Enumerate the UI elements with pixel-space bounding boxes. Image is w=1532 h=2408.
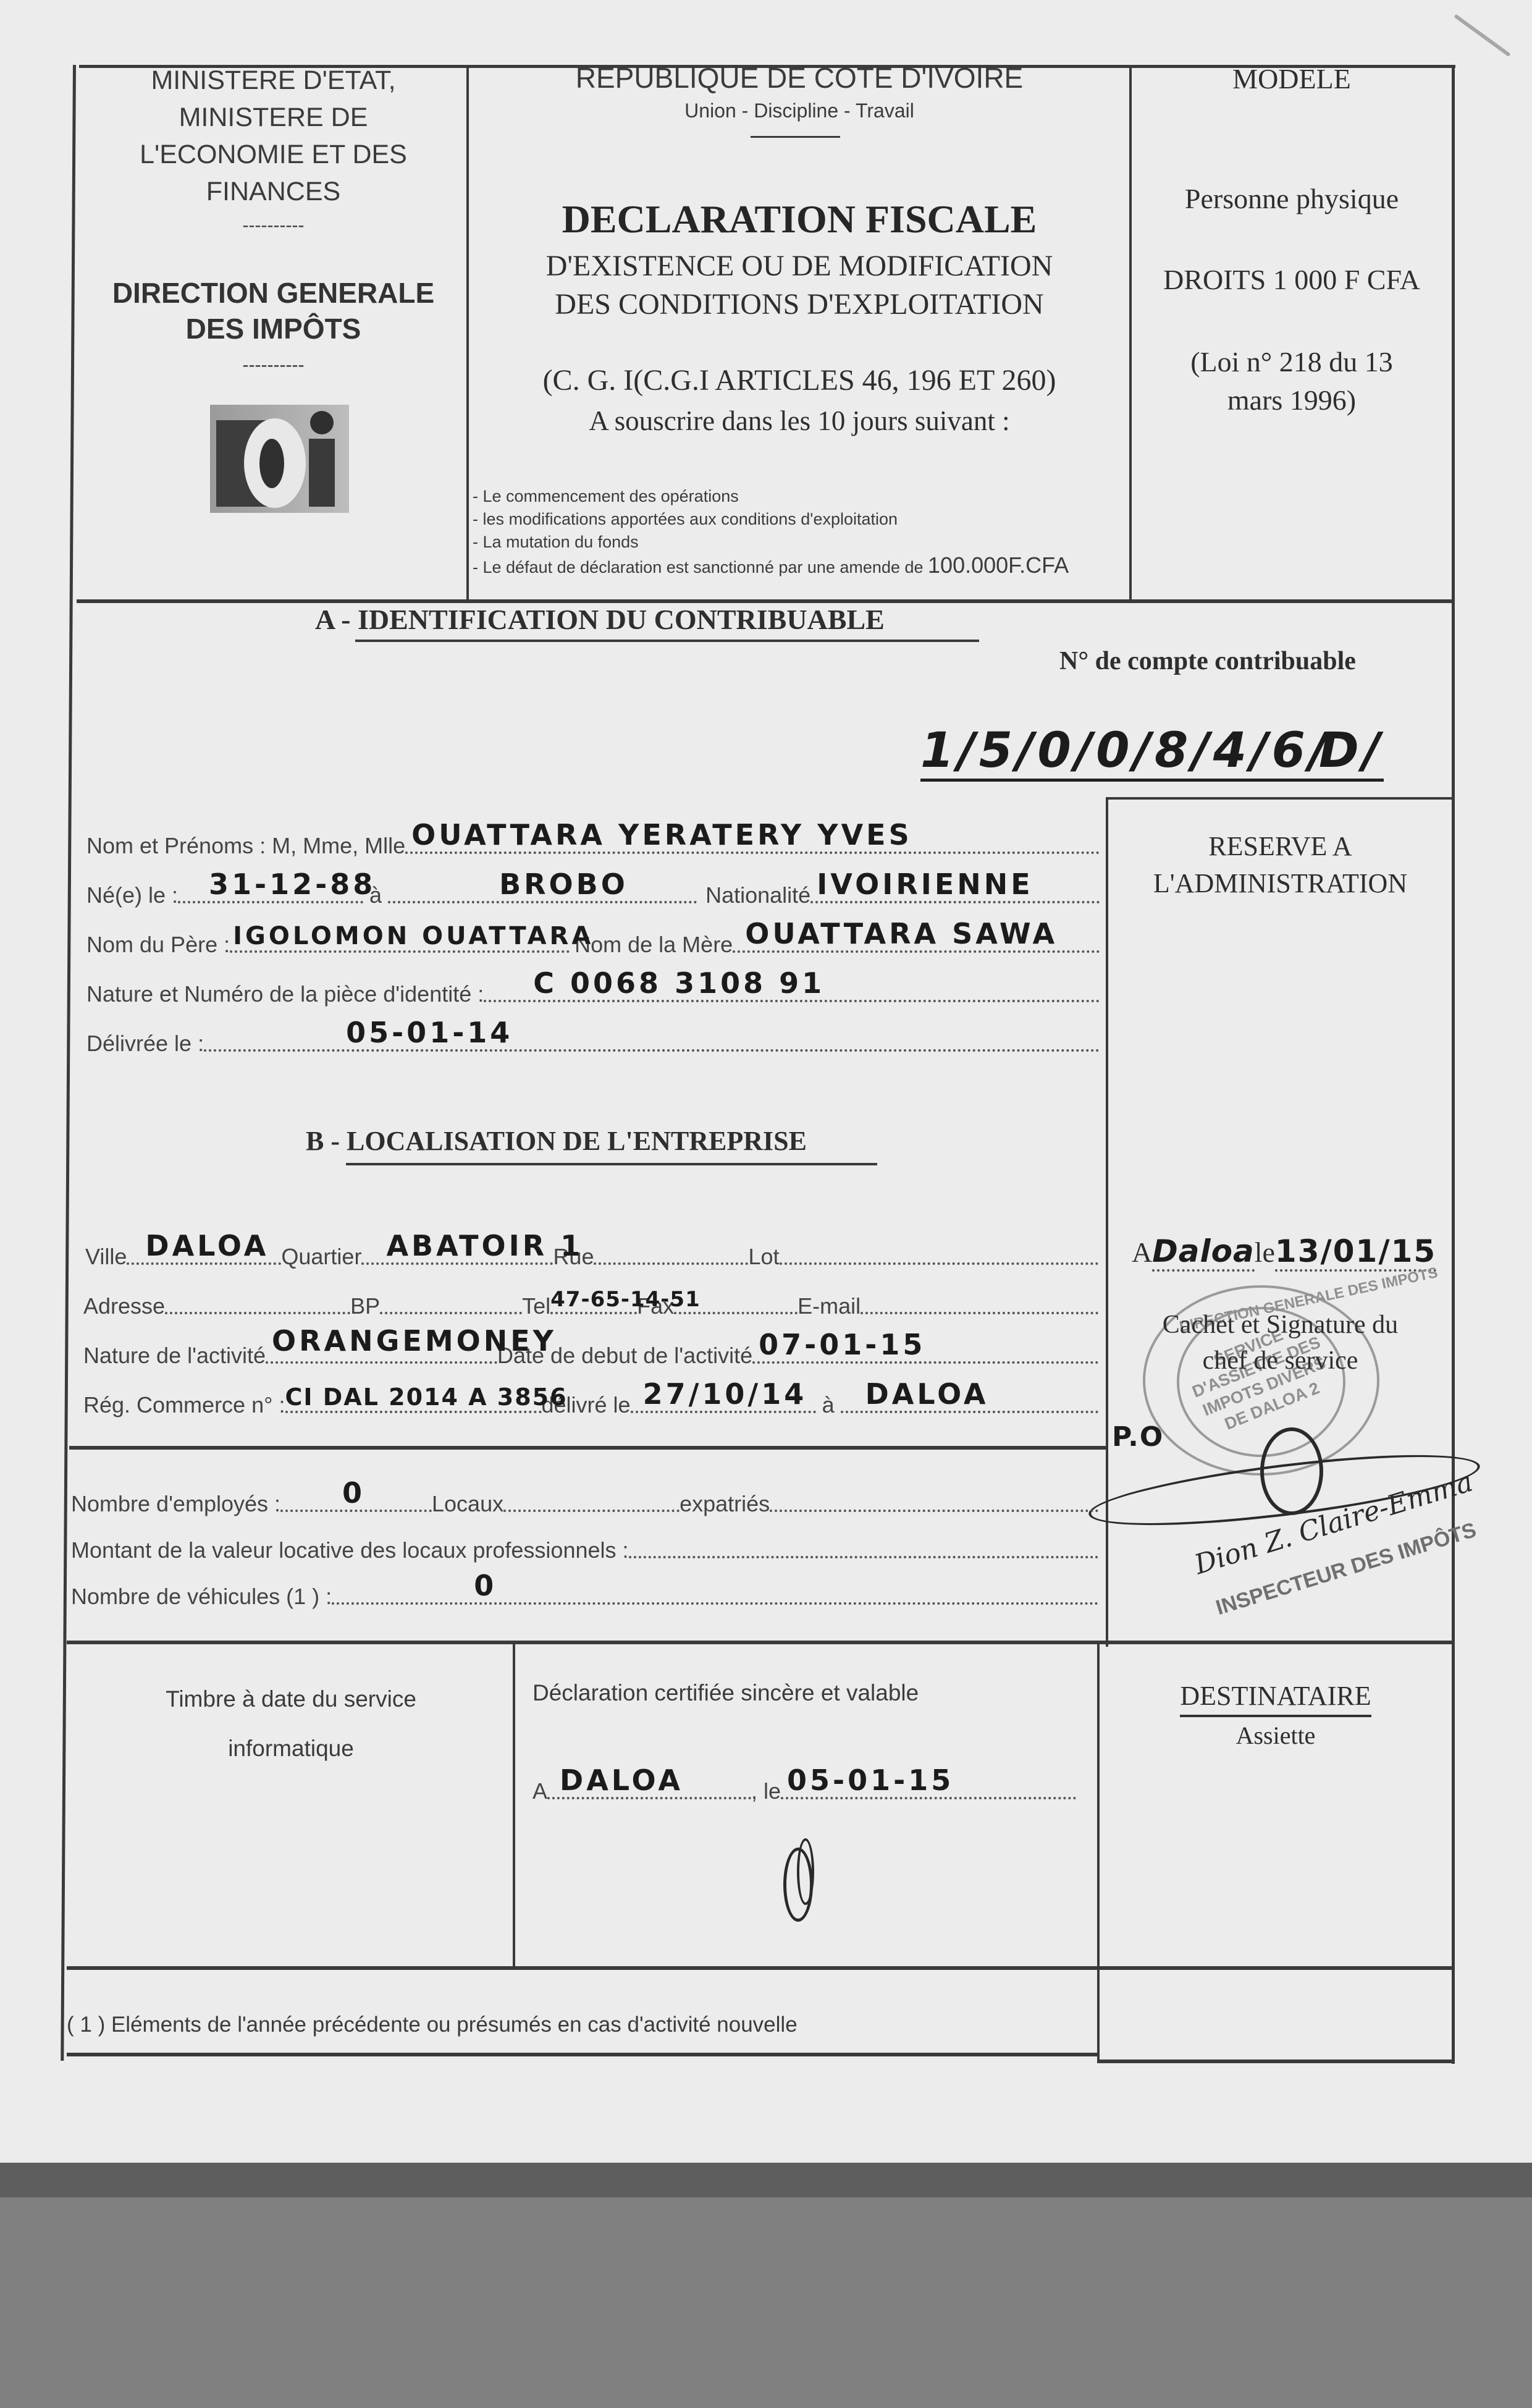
lot-input[interactable] <box>780 1262 1098 1265</box>
direction-block: DIRECTION GENERALE DES IMPÔTS ---------- <box>83 275 463 384</box>
email-label: E-mail <box>798 1293 861 1319</box>
bp-input[interactable] <box>380 1312 522 1314</box>
quartier-input[interactable]: ABATOIR 1 <box>361 1262 553 1265</box>
ministry-line-4: FINANCES <box>83 173 463 210</box>
piece-identite-input[interactable]: C 0068 3108 91 <box>484 1000 1100 1002</box>
date-debut-input[interactable]: 07-01-15 <box>752 1361 1098 1364</box>
header-divider-2 <box>1129 65 1132 602</box>
reserve-a-value[interactable]: Daloa <box>1152 1233 1254 1272</box>
scanned-page: MINISTERE D'ETAT, MINISTERE DE L'ECONOMI… <box>0 0 1532 2163</box>
ville-value: DALOA <box>145 1229 269 1262</box>
fax-input[interactable] <box>674 1312 798 1314</box>
compte-contribuable-value[interactable]: 1/5/0/0/8/4/6/ <box>920 723 1330 782</box>
timbre-line-2: informatique <box>71 1724 511 1773</box>
destinataire-label: DESTINATAIRE <box>1180 1678 1371 1717</box>
motto-rule <box>751 136 840 138</box>
employes-input[interactable]: 0 <box>280 1510 432 1512</box>
activite-label: Nature de l'activité <box>83 1343 266 1369</box>
reserve-line-1: RESERVE A <box>1109 828 1452 865</box>
nom-prenoms-value: OUATTARA YERATERY YVES <box>411 818 912 851</box>
delivree-label: Délivrée le : <box>86 1031 204 1057</box>
cachet-signature-label: Cachet et Signature du chef de service <box>1109 1307 1452 1379</box>
activite-input[interactable]: ORANGEMONEY <box>266 1361 497 1364</box>
date-debut-value: 07-01-15 <box>759 1328 925 1361</box>
section-b-title: B - LOCALISATION DE L'ENTREPRISE <box>306 1122 807 1161</box>
nom-pere-input[interactable]: IGOLOMON OUATTARA <box>230 950 570 953</box>
nom-mere-value: OUATTARA SAWA <box>745 917 1058 950</box>
section-a-underline <box>355 640 979 642</box>
quartier-label: Quartier <box>281 1244 361 1270</box>
condition-text: - Le défaut de déclaration est sanctionn… <box>473 558 924 577</box>
direction-line-2: DES IMPÔTS <box>83 311 463 347</box>
nationalite-label: Nationalité <box>705 882 810 908</box>
registre-commerce-input[interactable]: CI DAL 2014 A 3856 <box>285 1411 542 1413</box>
naissance-row: Né(e) le : 31-12-88 à BROBO Nationalité … <box>86 871 1100 908</box>
certification-place-date: A DALOA , le 05-01-15 <box>532 1767 1076 1804</box>
footnote-top-rule <box>67 1966 1454 1970</box>
employes-label: Nombre d'employés : <box>71 1491 280 1517</box>
document-subtitle: D'EXISTENCE OU DE MODIFICATION DES CONDI… <box>469 247 1129 324</box>
email-input[interactable] <box>861 1312 1098 1314</box>
activite-value: ORANGEMONEY <box>272 1324 557 1358</box>
timbre-label: Timbre à date du service informatique <box>71 1675 511 1773</box>
direction-line-1: DIRECTION GENERALE <box>83 275 463 311</box>
quartier-value: ABATOIR 1 <box>386 1229 583 1262</box>
nom-prenoms-field: Nom et Prénoms : M, Mme, Mlle OUATTARA Y… <box>86 822 1100 859</box>
ministry-separator: ---------- <box>83 210 463 241</box>
ville-row: Ville DALOA Quartier ABATOIR 1 Rue Lot <box>85 1233 1098 1270</box>
dgi-logo-i-dot <box>310 411 334 434</box>
ministry-block: MINISTERE D'ETAT, MINISTERE DE L'ECONOMI… <box>83 62 463 241</box>
ministry-line-2: MINISTERE DE <box>83 99 463 136</box>
employes-row: Nombre d'employés : 0 Locaux expatriés <box>71 1480 1098 1517</box>
lot-label: Lot <box>748 1244 779 1270</box>
rc-lieu-value: DALOA <box>865 1377 989 1411</box>
cachet-line-1: Cachet et Signature du <box>1109 1307 1452 1343</box>
nom-prenoms-input[interactable]: OUATTARA YERATERY YVES <box>405 851 1100 854</box>
piece-identite-value: C 0068 3108 91 <box>533 966 825 1000</box>
loi-line-1: (Loi n° 218 du 13 <box>1132 343 1452 381</box>
condition-item-amende: - Le défaut de déclaration est sanctionn… <box>473 554 1127 579</box>
dgi-logo-i <box>309 439 335 507</box>
nom-mere-label: Nom de la Mère <box>574 932 733 958</box>
tel-input[interactable]: 47-65-14-51 <box>550 1312 637 1314</box>
tel-value: 47-65-14-51 <box>550 1287 701 1312</box>
footnote-text: ( 1 ) Eléments de l'année précédente ou … <box>67 2011 798 2038</box>
cgi-articles: (C. G. I(C.G.I ARTICLES 46, 196 ET 260) <box>469 361 1129 400</box>
parents-row: Nom du Père : IGOLOMON OUATTARA Nom de l… <box>86 921 1100 958</box>
condition-item: - La mutation du fonds <box>473 531 1127 554</box>
personne-physique: Personne physique <box>1132 180 1452 218</box>
section-b-underline <box>346 1163 877 1165</box>
locaux-label: Locaux <box>432 1491 503 1517</box>
modele-label: MODELE <box>1132 61 1452 98</box>
subtitle-line-2: DES CONDITIONS D'EXPLOITATION <box>469 285 1129 324</box>
lieu-naissance-value: BROBO <box>499 868 628 901</box>
header-divider-1 <box>466 65 469 602</box>
locaux-input[interactable] <box>503 1510 680 1512</box>
reserve-le-value[interactable]: 13/01/15 <box>1275 1233 1436 1272</box>
scanner-edge-band <box>0 2163 1532 2197</box>
dgi-logo-g-counter <box>259 439 284 488</box>
delivree-field: Délivrée le : 05-01-14 <box>86 1020 1100 1057</box>
direction-separator: ---------- <box>83 347 463 384</box>
piece-identite-label: Nature et Numéro de la pièce d'identité … <box>86 981 484 1007</box>
loi-reference: (Loi n° 218 du 13 mars 1996) <box>1132 343 1452 420</box>
souscrire-note: A souscrire dans les 10 jours suivant : <box>469 402 1129 440</box>
expatries-input[interactable] <box>770 1510 1098 1512</box>
nationalite-input[interactable]: IVOIRIENNE <box>810 901 1100 903</box>
rue-input[interactable] <box>594 1262 748 1265</box>
republic-title: REPUBLIQUE DE COTE D'IVOIRE <box>469 60 1129 96</box>
rc-lieu-input[interactable]: DALOA <box>841 1411 1098 1413</box>
activite-row: Nature de l'activité ORANGEMONEY Date de… <box>83 1332 1098 1369</box>
date-naissance-input[interactable]: 31-12-88 <box>178 901 363 903</box>
ministry-line-3: L'ECONOMIE ET DES <box>83 136 463 173</box>
certif-le-label: , le <box>751 1778 781 1804</box>
nationalite-value: IVOIRIENNE <box>817 868 1033 901</box>
reserve-a-label: A <box>1132 1236 1152 1268</box>
piece-identite-field: Nature et Numéro de la pièce d'identité … <box>86 970 1100 1007</box>
valeur-locative-input[interactable] <box>629 1556 1098 1558</box>
certif-a-label: A <box>532 1778 547 1804</box>
certifiee-label: Déclaration certifiée sincère et valable <box>532 1678 919 1709</box>
bp-label: BP <box>350 1293 380 1319</box>
certif-a-value: DALOA <box>560 1764 683 1797</box>
certif-a-input[interactable]: DALOA <box>547 1797 751 1799</box>
compte-contribuable-key[interactable]: D/ <box>1319 723 1384 782</box>
rc-delivre-input[interactable]: 27/10/14 <box>631 1411 816 1413</box>
reserve-box-top <box>1107 797 1452 800</box>
lieu-naissance-input[interactable]: BROBO <box>388 901 697 903</box>
condition-item: - les modifications apportées aux condit… <box>473 508 1127 531</box>
date-naissance-label: Né(e) le : <box>86 882 178 908</box>
document-title: DECLARATION FISCALE <box>469 195 1129 244</box>
ministry-line-1: MINISTERE D'ETAT, <box>83 62 463 99</box>
valeur-locative-row: Montant de la valeur locative des locaux… <box>71 1526 1098 1563</box>
nom-prenoms-label: Nom et Prénoms : M, Mme, Mlle <box>86 833 405 859</box>
national-motto: Union - Discipline - Travail <box>469 97 1129 124</box>
conditions-list: - Le commencement des opérations - les m… <box>473 485 1127 579</box>
bottom-table-top-rule <box>67 1641 1454 1644</box>
section-a-title: A - IDENTIFICATION DU CONTRIBUABLE <box>315 599 885 640</box>
amende-amount: 100.000F.CFA <box>928 552 1069 578</box>
reserve-title: RESERVE A L'ADMINISTRATION <box>1109 828 1452 902</box>
certif-le-input[interactable]: 05-01-15 <box>781 1797 1076 1799</box>
frame-right <box>1452 65 1455 2064</box>
reserve-le-label: le <box>1255 1236 1275 1268</box>
vehicules-label: Nombre de véhicules (1 ) : <box>71 1584 332 1610</box>
tel-label: Tel <box>522 1293 550 1319</box>
reserve-line-2: L'ADMINISTRATION <box>1109 865 1452 902</box>
ville-input[interactable]: DALOA <box>127 1262 281 1265</box>
cachet-line-2: chef de service <box>1109 1343 1452 1379</box>
chief-signature-mark <box>1260 1427 1323 1515</box>
delivree-value: 05-01-14 <box>346 1016 513 1049</box>
certif-le-value: 05-01-15 <box>787 1764 954 1797</box>
condition-item: - Le commencement des opérations <box>473 485 1127 508</box>
rc-delivre-value: 27/10/14 <box>643 1377 807 1411</box>
nom-pere-value: IGOLOMON OUATTARA <box>233 922 594 950</box>
destinataire-value: Assiette <box>1100 1717 1452 1754</box>
loi-line-2: mars 1996) <box>1132 381 1452 420</box>
expatries-label: expatriés <box>680 1491 770 1517</box>
rc-lieu-label: à <box>822 1392 835 1418</box>
page-fold-mark <box>1454 14 1511 57</box>
reserve-place-date: ADaloale13/01/15 <box>1132 1233 1436 1271</box>
valeur-locative-label: Montant de la valeur locative des locaux… <box>71 1537 629 1563</box>
bottom-col-divider-1 <box>513 1642 515 1969</box>
timbre-line-1: Timbre à date du service <box>71 1675 511 1724</box>
delivree-input[interactable]: 05-01-14 <box>204 1049 1100 1052</box>
registre-commerce-label: Rég. Commerce n° : <box>83 1392 285 1418</box>
adresse-row: Adresse BP Tel 47-65-14-51 Fax E-mail <box>83 1282 1098 1319</box>
employees-top-rule <box>69 1446 1107 1450</box>
destinataire-bottom-rule <box>1097 2059 1454 2063</box>
destinataire-block: DESTINATAIRE Assiette <box>1100 1678 1452 1754</box>
employes-value: 0 <box>342 1476 365 1510</box>
registre-commerce-value: CI DAL 2014 A 3856 <box>285 1384 568 1411</box>
vehicules-input[interactable]: 0 <box>332 1602 1098 1605</box>
registre-commerce-row: Rég. Commerce n° : CI DAL 2014 A 3856 dé… <box>83 1381 1098 1418</box>
par-ordre-mark: P.O <box>1112 1421 1164 1453</box>
nom-pere-label: Nom du Père : <box>86 932 230 958</box>
vehicules-row: Nombre de véhicules (1 ) : 0 <box>71 1573 1098 1610</box>
adresse-label: Adresse <box>83 1293 165 1319</box>
date-naissance-value: 31-12-88 <box>209 868 376 901</box>
adresse-input[interactable] <box>165 1312 350 1314</box>
subtitle-line-1: D'EXISTENCE OU DE MODIFICATION <box>469 247 1129 285</box>
nom-mere-input[interactable]: OUATTARA SAWA <box>733 950 1100 953</box>
ville-label: Ville <box>85 1244 127 1270</box>
droits-amount: DROITS 1 000 F CFA <box>1132 261 1452 298</box>
declarant-signature-stroke <box>797 1838 814 1905</box>
compte-contribuable-label: N° de compte contribuable <box>1059 643 1356 680</box>
form-bottom-rule <box>67 2053 1098 2056</box>
dgi-logo <box>210 405 349 513</box>
vehicules-value: 0 <box>474 1569 497 1602</box>
